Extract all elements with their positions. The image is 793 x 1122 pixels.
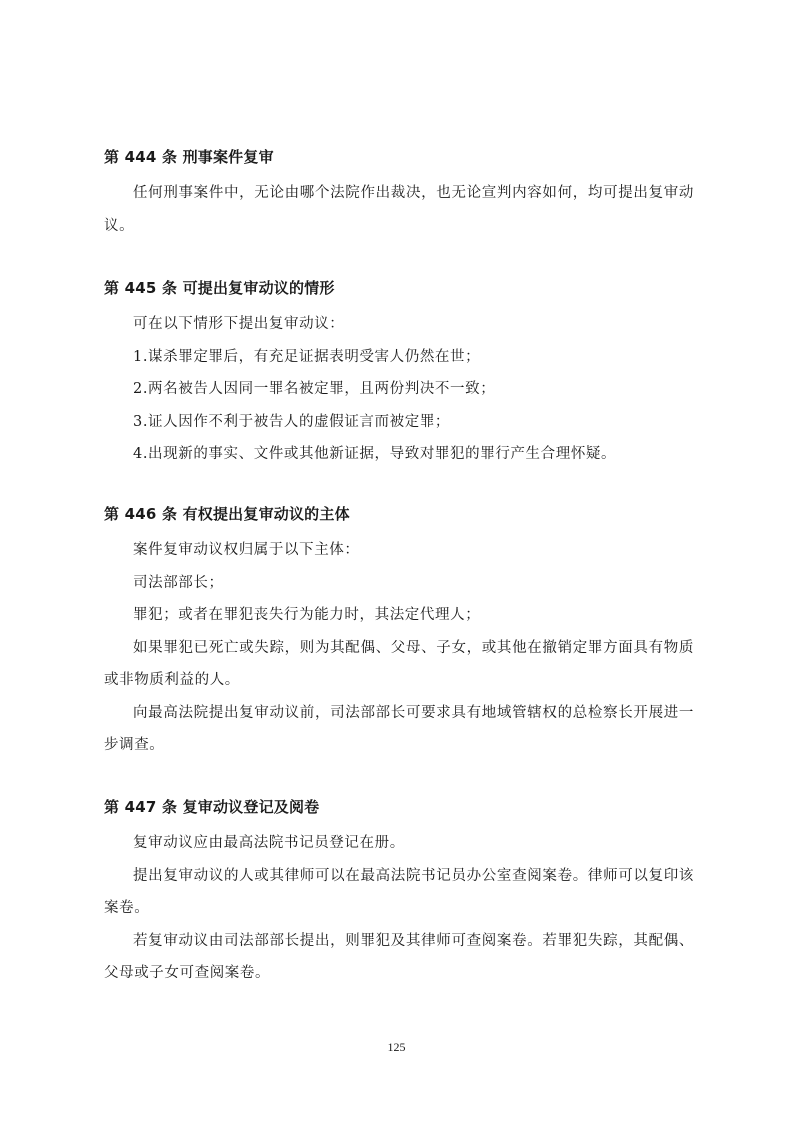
document-page: 第 444 条 刑事案件复审 任何刑事案件中，无论由哪个法院作出裁决，也无论宣判… [0, 0, 793, 1122]
article-paragraph: 任何刑事案件中，无论由哪个法院作出裁决，也无论宣判内容如何，均可提出复审动议。 [104, 177, 694, 242]
article-paragraph: 如果罪犯已死亡或失踪，则为其配偶、父母、子女，或其他在撤销定罪方面具有物质或非物… [104, 632, 694, 697]
article-heading: 第 445 条 可提出复审动议的情形 [104, 278, 694, 298]
list-item: 4.出现新的事实、文件或其他新证据，导致对罪犯的罪行产生合理怀疑。 [104, 438, 694, 471]
article-heading: 第 446 条 有权提出复审动议的主体 [104, 504, 694, 524]
article-paragraph: 案件复审动议权归属于以下主体： [104, 534, 694, 567]
article-paragraph: 司法部部长； [104, 567, 694, 600]
article-paragraph: 可在以下情形下提出复审动议： [104, 308, 694, 341]
article-447: 第 447 条 复审动议登记及阅卷 复审动议应由最高法院书记员登记在册。 提出复… [104, 797, 694, 990]
article-heading: 第 444 条 刑事案件复审 [104, 147, 694, 167]
article-446: 第 446 条 有权提出复审动议的主体 案件复审动议权归属于以下主体： 司法部部… [104, 504, 694, 762]
article-paragraph: 提出复审动议的人或其律师可以在最高法院书记员办公室查阅案卷。律师可以复印该案卷。 [104, 860, 694, 925]
article-paragraph: 向最高法院提出复审动议前，司法部部长可要求具有地域管辖权的总检察长开展进一步调查… [104, 697, 694, 762]
article-paragraph: 罪犯；或者在罪犯丧失行为能力时，其法定代理人； [104, 599, 694, 632]
page-number: 125 [0, 1040, 793, 1055]
article-444: 第 444 条 刑事案件复审 任何刑事案件中，无论由哪个法院作出裁决，也无论宣判… [104, 147, 694, 242]
article-paragraph: 若复审动议由司法部部长提出，则罪犯及其律师可查阅案卷。若罪犯失踪，其配偶、父母或… [104, 925, 694, 990]
article-heading: 第 447 条 复审动议登记及阅卷 [104, 797, 694, 817]
article-445: 第 445 条 可提出复审动议的情形 可在以下情形下提出复审动议： 1.谋杀罪定… [104, 278, 694, 471]
article-paragraph: 复审动议应由最高法院书记员登记在册。 [104, 827, 694, 860]
list-item: 2.两名被告人因同一罪名被定罪，且两份判决不一致； [104, 373, 694, 406]
list-item: 3.证人因作不利于被告人的虚假证言而被定罪； [104, 406, 694, 439]
list-item: 1.谋杀罪定罪后，有充足证据表明受害人仍然在世； [104, 341, 694, 374]
